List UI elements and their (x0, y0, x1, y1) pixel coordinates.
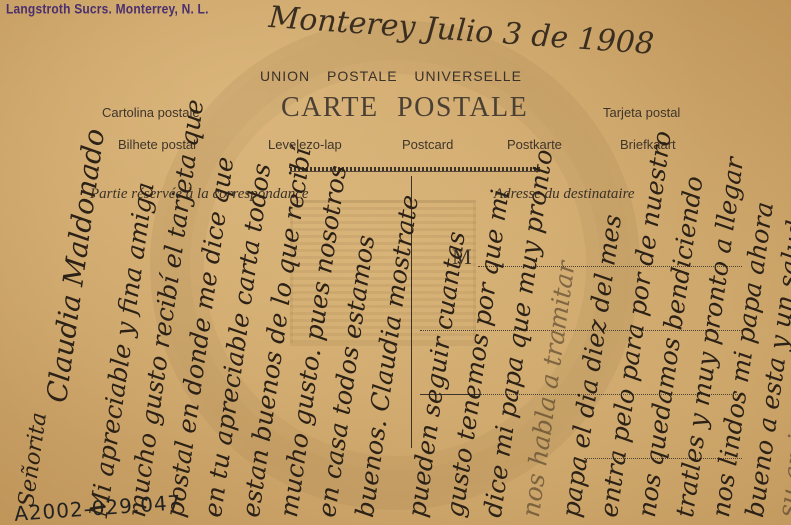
handwritten-recipient: Claudia Maldonado (40, 127, 111, 405)
label-spanish: Tarjeta postal (603, 105, 680, 120)
postcard-back: Langstroth Sucrs. Monterrey, N. L. UNION… (0, 0, 791, 525)
union-postale-heading: UNION POSTALE UNIVERSELLE (260, 68, 522, 84)
address-label: Adresse du destinataire (494, 186, 635, 203)
label-english: Postcard (402, 137, 453, 152)
carte-postale-title: CARTE POSTALE (281, 92, 528, 124)
handwritten-salutation: Señorita (14, 411, 52, 509)
publisher-stamp: Langstroth Sucrs. Monterrey, N. L. (6, 1, 209, 17)
correspondence-label: Partie réservée à la correspondance (90, 186, 309, 203)
